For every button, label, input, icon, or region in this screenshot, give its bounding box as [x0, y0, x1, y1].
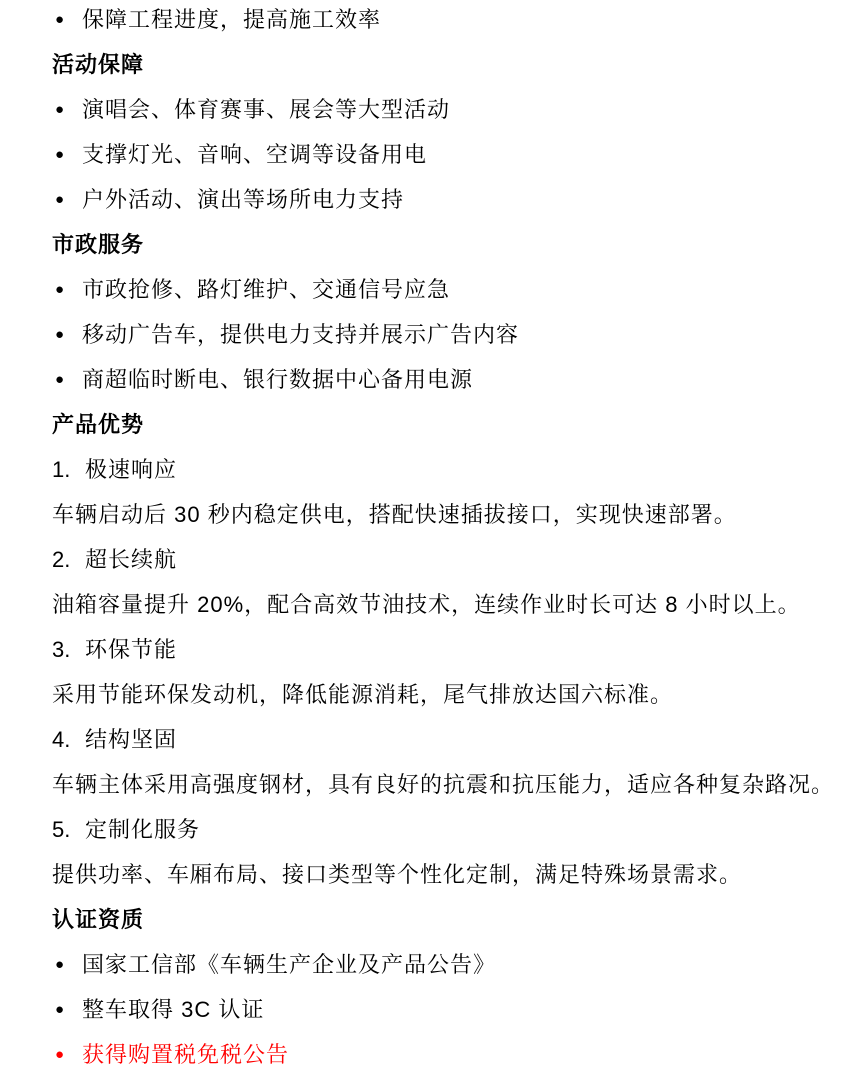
bullet-item: ●演唱会、体育赛事、展会等大型活动	[52, 98, 848, 121]
numbered-item: 1.极速响应	[52, 458, 848, 481]
body-paragraph: 油箱容量提升 20%，配合高效节油技术，连续作业时长可达 8 小时以上。	[52, 593, 848, 616]
bullet-item: ●移动广告车，提供电力支持并展示广告内容	[52, 323, 848, 346]
bullet-item-text: 保障工程进度，提高施工效率	[82, 8, 381, 31]
bullet-icon: ●	[52, 953, 82, 976]
numbered-item-number: 5.	[52, 818, 85, 841]
bullet-item: ●整车取得 3C 认证	[52, 998, 848, 1021]
bullet-icon: ●	[52, 188, 82, 211]
section-heading: 活动保障	[52, 53, 848, 76]
bullet-item-text: 市政抢修、路灯维护、交通信号应急	[82, 278, 450, 301]
section-heading: 产品优势	[52, 413, 848, 436]
body-paragraph: 车辆启动后 30 秒内稳定供电，搭配快速插拔接口，实现快速部署。	[52, 503, 848, 526]
numbered-item-text: 结构坚固	[85, 728, 177, 751]
bullet-icon: ●	[52, 98, 82, 121]
numbered-item: 5.定制化服务	[52, 818, 848, 841]
bullet-item-text: 移动广告车，提供电力支持并展示广告内容	[82, 323, 519, 346]
bullet-item: ●市政抢修、路灯维护、交通信号应急	[52, 278, 848, 301]
bullet-icon: ●	[52, 143, 82, 166]
numbered-item-text: 环保节能	[85, 638, 177, 661]
bullet-item-text: 演唱会、体育赛事、展会等大型活动	[82, 98, 450, 121]
numbered-item: 4.结构坚固	[52, 728, 848, 751]
body-paragraph: 提供功率、车厢布局、接口类型等个性化定制，满足特殊场景需求。	[52, 863, 848, 886]
bullet-item: ●保障工程进度，提高施工效率	[52, 8, 848, 31]
bullet-icon: ●	[52, 278, 82, 301]
bullet-icon: ●	[52, 323, 82, 346]
document-page: ●保障工程进度，提高施工效率活动保障●演唱会、体育赛事、展会等大型活动●支撑灯光…	[0, 0, 860, 1084]
bullet-item-text: 整车取得 3C 认证	[82, 998, 264, 1021]
numbered-item-text: 超长续航	[85, 548, 177, 571]
document-body: ●保障工程进度，提高施工效率活动保障●演唱会、体育赛事、展会等大型活动●支撑灯光…	[52, 8, 848, 1066]
bullet-item: ●商超临时断电、银行数据中心备用电源	[52, 368, 848, 391]
bullet-icon: ●	[52, 998, 82, 1021]
bullet-item-text: 商超临时断电、银行数据中心备用电源	[82, 368, 473, 391]
body-paragraph: 车辆主体采用高强度钢材，具有良好的抗震和抗压能力，适应各种复杂路况。	[52, 773, 848, 796]
bullet-item: ●国家工信部《车辆生产企业及产品公告》	[52, 953, 848, 976]
section-heading: 认证资质	[52, 908, 848, 931]
bullet-item: ●支撑灯光、音响、空调等设备用电	[52, 143, 848, 166]
bullet-item-text: 支撑灯光、音响、空调等设备用电	[82, 143, 427, 166]
bullet-item-text: 获得购置税免税公告	[82, 1043, 289, 1066]
numbered-item-number: 3.	[52, 638, 85, 661]
numbered-item-number: 4.	[52, 728, 85, 751]
bullet-item-text: 国家工信部《车辆生产企业及产品公告》	[82, 953, 496, 976]
numbered-item: 2.超长续航	[52, 548, 848, 571]
bullet-item: ●户外活动、演出等场所电力支持	[52, 188, 848, 211]
numbered-item-text: 定制化服务	[85, 818, 200, 841]
bullet-icon: ●	[52, 8, 82, 31]
numbered-item: 3.环保节能	[52, 638, 848, 661]
body-paragraph: 采用节能环保发动机，降低能源消耗，尾气排放达国六标准。	[52, 683, 848, 706]
numbered-item-number: 2.	[52, 548, 85, 571]
section-heading: 市政服务	[52, 233, 848, 256]
bullet-item-text: 户外活动、演出等场所电力支持	[82, 188, 404, 211]
bullet-item: ●获得购置税免税公告	[52, 1043, 848, 1066]
bullet-icon: ●	[52, 1043, 82, 1066]
numbered-item-number: 1.	[52, 458, 85, 481]
numbered-item-text: 极速响应	[85, 458, 177, 481]
bullet-icon: ●	[52, 368, 82, 391]
